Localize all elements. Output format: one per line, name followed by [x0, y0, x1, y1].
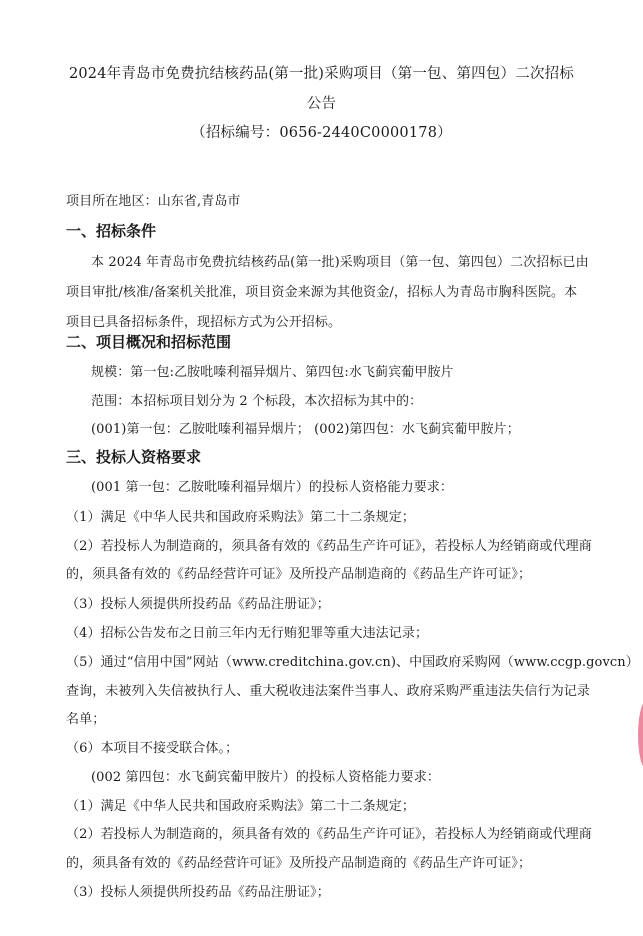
- section-text: 的，须具备有效的《药品经营许可证》及所投产品制造商的《药品生产许可证》；: [66, 563, 531, 582]
- section-text: 范围：本招标项目划分为 2 个标段，本次招标为其中的：: [91, 390, 422, 409]
- section-text: （5）通过“信用中国”网站（www.creditchina.gov.cn)、中国…: [66, 651, 639, 670]
- section-text: (001)第一包：乙胺吡嗪利福异烟片； (002)第四包：水飞蓟宾葡甲胺片；: [91, 418, 520, 437]
- section-heading-bidding-conditions: 一、招标条件: [66, 220, 156, 241]
- document-title-line1: 2024年青岛市免费抗结核药品(第一批)采购项目（第一包、第四包）二次招标: [0, 62, 643, 83]
- section-heading-bidder-qualifications: 三、投标人资格要求: [66, 446, 201, 467]
- section-text: 规模：第一包:乙胺吡嗪利福异烟片、第四包:水飞蓟宾葡甲胺片: [91, 361, 454, 380]
- section-text: 项目已具备招标条件，现招标方式为公开招标。: [66, 311, 341, 330]
- section-heading-project-overview: 二、项目概况和招标范围: [66, 331, 231, 352]
- section-text: 项目审批/核准/备案机关批准，项目资金来源为其他资金/，招标人为青岛市胸科医院。…: [66, 281, 577, 300]
- section-text: 本 2024 年青岛市免费抗结核药品(第一批)采购项目（第一包、第四包）二次招标…: [91, 251, 589, 270]
- section-text: （3）投标人须提供所投药品《药品注册证》；: [66, 881, 330, 900]
- project-region: 项目所在地区：山东省,青岛市: [66, 190, 241, 209]
- section-text: 的，须具备有效的《药品经营许可证》及所投产品制造商的《药品生产许可证》；: [66, 852, 531, 871]
- section-text: （1）满足《中华人民共和国政府采购法》第二十二条规定；: [66, 506, 415, 525]
- section-text: （2）若投标人为制造商的，须具备有效的《药品生产许可证》，若投标人为经销商或代理…: [66, 823, 592, 842]
- document-title-line2: 公告: [0, 92, 643, 113]
- section-text: （4）招标公告发布之日前三年内无行贿犯罪等重大违法记录；: [66, 622, 428, 641]
- section-text: （2）若投标人为制造商的，须具备有效的《药品生产许可证》，若投标人为经销商或代理…: [66, 535, 592, 554]
- section-text: （1）满足《中华人民共和国政府采购法》第二十二条规定；: [66, 795, 415, 814]
- red-seal-stamp: [638, 700, 643, 770]
- section-text: （6）本项目不接受联合体。；: [66, 737, 238, 756]
- tender-number: （招标编号：0656-2440C0000178）: [0, 121, 643, 142]
- section-text: (002 第四包：水飞蓟宾葡甲胺片）的投标人资格能力要求：: [91, 766, 440, 785]
- section-text: （3）投标人须提供所投药品《药品注册证》；: [66, 593, 330, 612]
- section-text: 查询，未被列入失信被执行人、重大税收违法案件当事人、政府采购严重违法失信行为记录: [66, 680, 590, 699]
- section-text: 名单；: [66, 708, 105, 727]
- section-text: (001 第一包：乙胺吡嗪利福异烟片）的投标人资格能力要求：: [91, 476, 453, 495]
